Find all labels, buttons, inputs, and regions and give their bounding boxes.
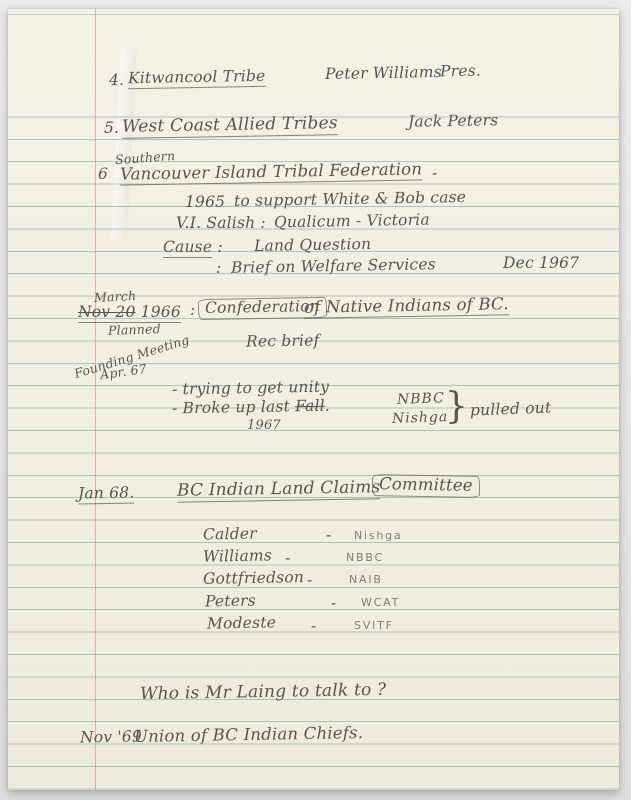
confed-bullet2: - Broke up last Fall. — [172, 398, 330, 418]
entry6-cause-label: Cause : — [163, 239, 223, 256]
member-org: SVITF — [354, 620, 394, 632]
confed-date-struck: Nov 20 — [78, 303, 136, 321]
question-line: Who is Mr Laing to talk to ? — [140, 681, 387, 704]
final-date: Nov '69 — [80, 728, 142, 746]
confed-year2: 1967 — [247, 419, 281, 433]
member-name: Modeste — [207, 614, 276, 632]
member-dash: - — [326, 527, 331, 544]
member-name: Williams — [203, 547, 272, 565]
member-org: NBBC — [346, 552, 384, 564]
scanned-note-page: { "palette":{ "scan_background":"#e7e6e4… — [0, 0, 631, 800]
entry4-role: Pres. — [440, 63, 481, 81]
member-name: Gottfriedson — [203, 569, 304, 588]
bullet2-period: . — [325, 397, 330, 415]
red-margin-line — [95, 9, 96, 790]
confed-bullet1: - trying to get unity — [172, 379, 329, 399]
cause-word: Cause — [163, 238, 212, 258]
confed-rest: of Native Indians of BC. — [304, 295, 509, 319]
cause-colon: : — [217, 238, 222, 256]
entry6-dash: - — [432, 165, 437, 182]
member-org: WCAT — [361, 597, 400, 609]
entry6-salish-value: Qualicum - Victoria — [274, 212, 430, 232]
confed-rec-brief: Rec brief — [246, 332, 320, 350]
entry6-cause-value: Land Question — [254, 236, 372, 255]
claims-boxed-word: Committee — [372, 474, 480, 498]
member-org: NAIB — [349, 574, 383, 586]
member-dash: - — [307, 572, 312, 589]
entry6-number: 6 — [98, 166, 108, 183]
confed-org1: NBBC — [397, 391, 445, 408]
struck-fall: Fall — [295, 397, 325, 416]
member-dash: - — [331, 595, 336, 612]
entry4-person: Peter Williams — [325, 64, 442, 83]
confed-date: Nov 20 1966 — [78, 304, 181, 323]
member-name: Calder — [203, 526, 257, 544]
confed-org2: Nishga — [392, 410, 449, 427]
broke-up-text: - Broke up last — [172, 397, 290, 417]
confed-pulled-out: pulled out — [470, 400, 552, 420]
member-dash: - — [285, 550, 290, 567]
top-rule-line — [8, 14, 619, 15]
entry4-number: 4. — [109, 72, 124, 89]
entry6-year: 1965 — [185, 194, 225, 211]
entry5-person: Jack Peters — [408, 112, 499, 131]
member-dash: - — [311, 618, 316, 635]
entry5-title: West Coast Allied Tribes — [122, 114, 338, 138]
confed-colon: : — [190, 302, 195, 319]
notebook-page: 4. Kitwancool Tribe Peter Williams Pres.… — [8, 9, 619, 790]
confed-planned: Planned — [108, 322, 161, 338]
entry4-title: Kitwancool Tribe — [128, 68, 266, 89]
entry6-welfare: Brief on Welfare Services — [231, 256, 436, 277]
claims-date: Jan 68. — [78, 485, 135, 505]
member-org: Nishga — [354, 530, 403, 542]
entry5-number: 5. — [104, 120, 119, 137]
member-name: Peters — [205, 593, 256, 611]
claims-title: BC Indian Land Claims — [177, 478, 381, 502]
entry6-salish-label: V.I. Salish : — [176, 215, 266, 232]
entry6-welfare-date: Dec 1967 — [503, 255, 579, 272]
pulled-out-brace: } — [445, 387, 468, 427]
confed-year: 1966 — [141, 303, 181, 321]
entry6-colon: : — [216, 260, 221, 277]
